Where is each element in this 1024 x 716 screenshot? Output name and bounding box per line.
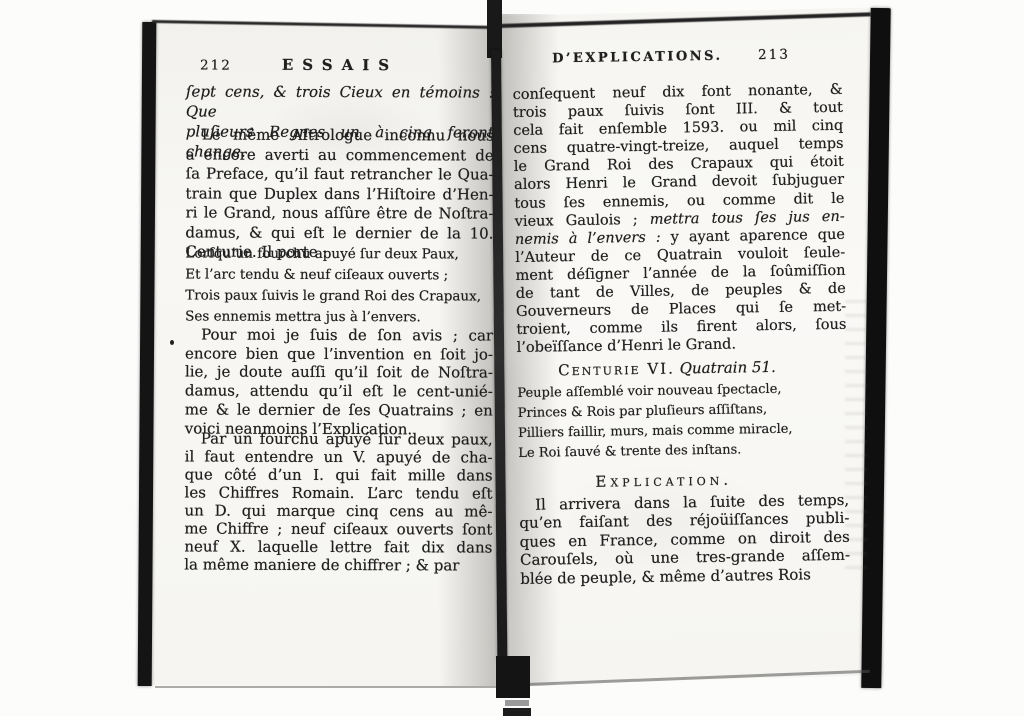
- text-line: l’obeïſſance d’Henri le Grand.: [517, 334, 847, 357]
- page-number-right: 213: [758, 47, 790, 63]
- page-bottom-edge-left: [155, 686, 497, 688]
- text-line: Trois paux ſuivis le grand Roi des Crapa…: [185, 285, 493, 307]
- text-line: me Chiffre ; neuf ciſeaux ouverts ſont: [184, 519, 492, 538]
- right-page-header: D’EXPLICATIONS. 213: [512, 45, 842, 70]
- text-line: encore bien que l’invention en ſoit jo-: [185, 344, 493, 364]
- text-line: il faut entendre un V. apuyé de cha-: [185, 447, 493, 466]
- left-page-text: 212 ESSAIS ſept cens, & trois Cieux en t…: [184, 55, 494, 662]
- text-line: Pour moi je ſuis de ſon avis ; car: [185, 325, 493, 345]
- text-line: damus, & qui eſt le dernier de la 10.: [185, 223, 493, 244]
- text-line: Et l’arc tendu & neuf ciſeaux ouverts ;: [185, 264, 493, 286]
- text-line: Lorſqu’un fourchu apuyé ſur deux Paux,: [185, 243, 493, 265]
- text-line: ri le Grand, nous aſſûre être de Noſtra-: [185, 203, 493, 224]
- explication-heading-text: Explication.: [595, 471, 732, 491]
- quatrain-fourchu: Lorſqu’un fourchu apuyé ſur deux Paux,Et…: [185, 243, 493, 328]
- text-line: Par un fourchu apuyé ſur deux paux,: [185, 429, 493, 448]
- paragraph-arrivera: Il arrivera dans la ſuite des temps,qu’e…: [519, 491, 850, 588]
- centurie-heading-smallcaps: Centurie VI.: [558, 359, 675, 379]
- explication-heading: Explication.: [519, 469, 849, 492]
- bookmark-ribbon-tail: [503, 708, 531, 716]
- ink-speck: [170, 340, 174, 345]
- text-line: la même maniere de chiffrer ; & par: [184, 555, 492, 574]
- text-line: ſept cens, & trois Cieux en témoins : Qu…: [186, 81, 494, 122]
- text-line: me & le dernier de ſes Quatrains ; en: [185, 400, 493, 420]
- text-line: a encore averti au commencement de: [186, 145, 494, 166]
- paragraph-explication-nonante: conſequent neuf dix font nonante, &trois…: [513, 81, 847, 358]
- text-line: damus, attendu qu’il eſt le cent-unié-: [185, 382, 493, 402]
- quatrain-51: Peuple aſſemblé voir nouveau ſpectacle,P…: [517, 379, 848, 464]
- text-span: mettra tous ſes jus en-: [650, 208, 845, 227]
- right-page-text: D’EXPLICATIONS. 213 conſequent neuf dix …: [512, 45, 852, 670]
- left-page-header: 212 ESSAIS: [186, 55, 494, 76]
- text-span: nemis à l’envers :: [515, 229, 661, 247]
- centurie-heading: Centurie VI. Quatrain 51.: [517, 357, 847, 380]
- paragraph-avis: Pour moi je ſuis de ſon avis ; carencore…: [185, 325, 493, 438]
- text-line: lie, je doute auſſi qu’il ſoit de Noſtra…: [185, 363, 493, 383]
- paragraph-astrologue: Le même Aſtrologue inconnu nousa encore …: [185, 125, 493, 263]
- text-line: que côté d’un I. qui fait mille dans: [185, 465, 493, 484]
- text-span: vieux Gaulois ;: [515, 212, 650, 230]
- text-span: y ayant aparence que: [661, 227, 846, 246]
- text-line: les Chiffres Romain. L’arc tendu eſt: [185, 483, 493, 502]
- text-line: train que Duplex dans l’Hiſtoire d’Hen-: [186, 184, 494, 205]
- centurie-heading-italic: Quatrain 51.: [675, 358, 776, 378]
- running-title-left: ESSAIS: [186, 55, 494, 74]
- bookmark-ribbon-reflection: [505, 700, 529, 706]
- text-line: un D. qui marque cinq cens au mê-: [184, 501, 492, 520]
- book-scan-photo: 212 ESSAIS ſept cens, & trois Cieux en t…: [0, 0, 1024, 716]
- text-line: Le Roi ſauvé & trente des inſtans.: [518, 439, 848, 464]
- text-line: ſa Preface, qu’il faut retrancher le Qua…: [186, 164, 494, 185]
- running-title-right: D’EXPLICATIONS.: [552, 49, 723, 67]
- text-line: Le même Aſtrologue inconnu nous: [186, 125, 494, 146]
- paragraph-chiffres: Par un fourchu apuyé ſur deux paux,il fa…: [184, 429, 493, 574]
- text-line: neuf X. laquelle lettre fait dix dans: [184, 537, 492, 556]
